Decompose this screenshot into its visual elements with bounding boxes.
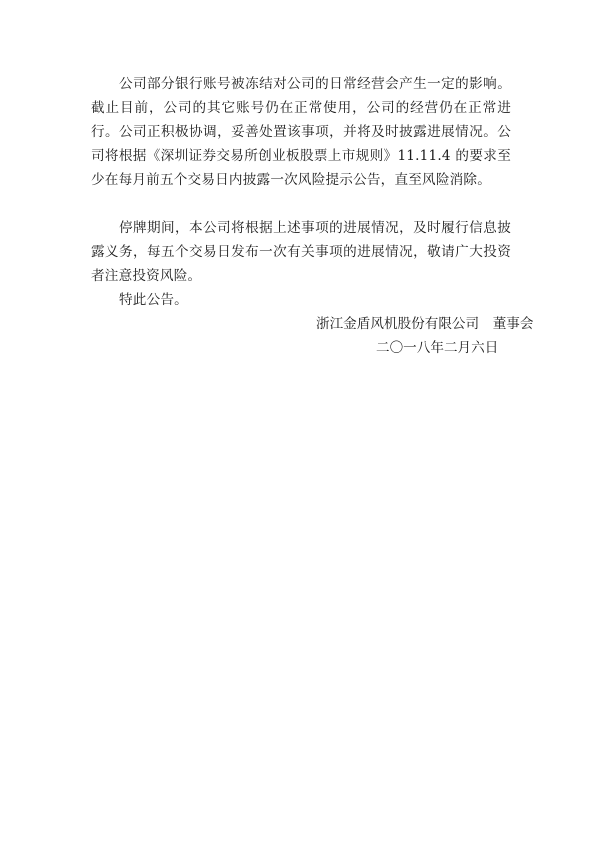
paragraph-announcement-closing: 特此公告。 bbox=[91, 288, 511, 312]
signature-company: 浙江金盾风机股份有限公司 董事会 bbox=[316, 312, 534, 336]
paragraph-suspension-disclosure: 停牌期间，本公司将根据上述事项的进展情况，及时履行信息披露义务，每五个交易日发布… bbox=[91, 216, 511, 288]
paragraph-bank-accounts-frozen: 公司部分银行账号被冻结对公司的日常经营会产生一定的影响。截止目前，公司的其它账号… bbox=[91, 72, 511, 192]
document-page: 公司部分银行账号被冻结对公司的日常经营会产生一定的影响。截止目前，公司的其它账号… bbox=[0, 0, 600, 849]
signature-date: 二〇一八年二月六日 bbox=[376, 336, 498, 360]
